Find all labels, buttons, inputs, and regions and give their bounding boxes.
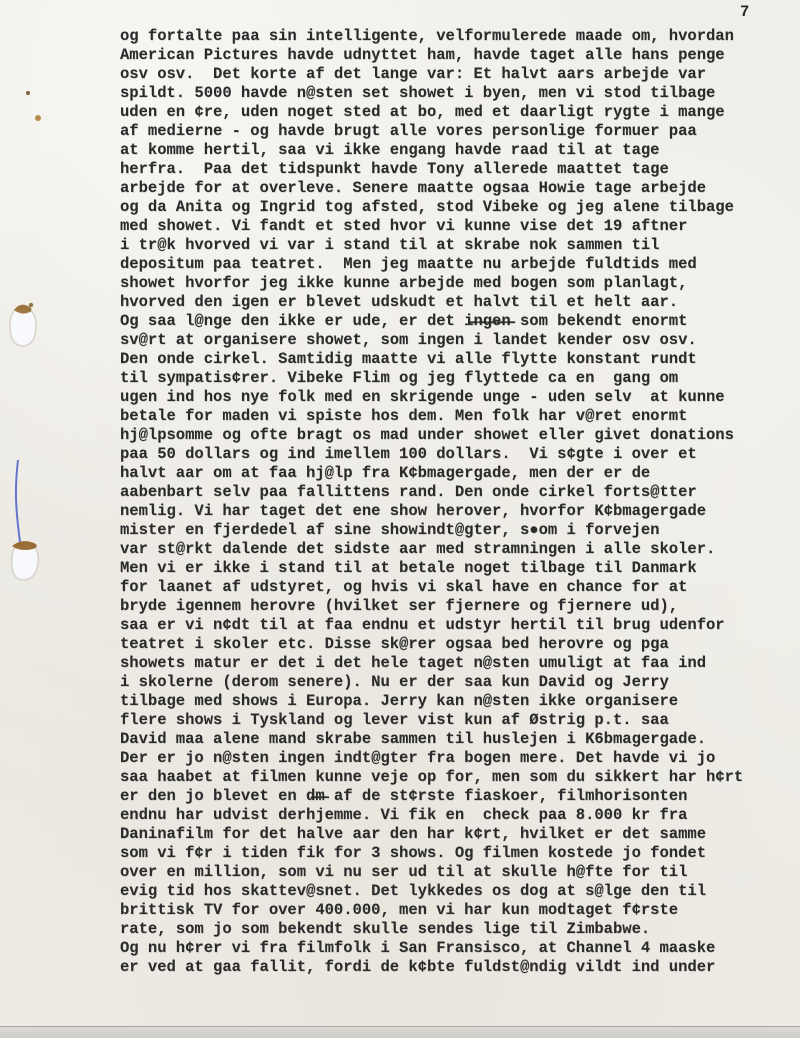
text-body: og fortalte paa sin intelligente, velfor… [120,27,760,977]
text-line: depositum paa teatret. Men jeg maatte nu… [120,255,760,274]
text-line: er den jo blevet en d̶m̶ af de st¢rste f… [120,787,760,806]
text-line: aabenbart selv paa fallittens rand. Den … [120,483,760,502]
text-line: spildt. 5000 havde n@sten set showet i b… [120,84,760,103]
margin-artifacts [0,0,110,1038]
text-line: mister en fjerdedel af sine showindt@gte… [120,521,760,540]
stain-dot [26,91,30,95]
text-line: bryde igennem herovre (hvilket ser fjern… [120,597,760,616]
text-line: betale for maden vi spiste hos dem. Men … [120,407,760,426]
text-line: med showet. Vi fandt et sted hvor vi kun… [120,217,760,236]
text-line: flere shows i Tyskland og lever vist kun… [120,711,760,730]
stain-dot [35,115,41,121]
text-line: Men vi er ikke i stand til at betale nog… [120,559,760,578]
text-line: i skolerne (derom senere). Nu er der saa… [120,673,760,692]
text-line: teatret i skoler etc. Disse sk@rer ogsaa… [120,635,760,654]
text-line: og da Anita og Ingrid tog afsted, stod V… [120,198,760,217]
text-line: som vi f¢r i tiden fik for 3 shows. Og f… [120,844,760,863]
text-line: ugen ind hos nye folk med en skrigende u… [120,388,760,407]
text-line: sv@rt at organisere showet, som ingen i … [120,331,760,350]
text-line: nemlig. Vi har taget det ene show herove… [120,502,760,521]
text-line: herfra. Paa det tidspunkt havde Tony all… [120,160,760,179]
text-line: endnu har udvist derhjemme. Vi fik en ch… [120,806,760,825]
text-line: hvorved den igen er blevet udskudt et ha… [120,293,760,312]
text-line: arbejde for at overleve. Senere maatte o… [120,179,760,198]
text-line: osv osv. Det korte af det lange var: Et … [120,65,760,84]
text-line: showet hvorfor jeg ikke kunne arbejde me… [120,274,760,293]
text-line: hj@lpsomme og ofte bragt os mad under sh… [120,426,760,445]
text-line: uden en ¢re, uden noget sted at bo, med … [120,103,760,122]
text-line: showets matur er det i det hele taget n@… [120,654,760,673]
page-number: 7 [740,3,749,21]
text-line: for laanet af udstyret, og hvis vi skal … [120,578,760,597]
punch-hole [10,303,36,346]
document-page: 7 og fortalte paa sin intelligente, velf… [0,0,800,1038]
text-line: tilbage med shows i Europa. Jerry kan n@… [120,692,760,711]
text-line: brittisk TV for over 400.000, men vi har… [120,901,760,920]
text-line: American Pictures havde udnyttet ham, ha… [120,46,760,65]
text-line: saa er vi n¢dt til at faa endnu et udsty… [120,616,760,635]
text-line: David maa alene mand skrabe sammen til h… [120,730,760,749]
text-line: over en million, som vi nu ser ud til at… [120,863,760,882]
text-line: var st@rkt dalende det sidste aar med st… [120,540,760,559]
pen-mark [16,460,20,542]
text-line: i tr@k hvorved vi var i stand til at skr… [120,236,760,255]
text-line: Daninafilm for det halve aar den har k¢r… [120,825,760,844]
text-line: er ved at gaa fallit, fordi de k¢bte ful… [120,958,760,977]
text-line: og fortalte paa sin intelligente, velfor… [120,27,760,46]
text-line: at komme hertil, saa vi ikke engang havd… [120,141,760,160]
text-line: halvt aar om at faa hj@lp fra K¢bmagerga… [120,464,760,483]
text-line: Den onde cirkel. Samtidig maatte vi alle… [120,350,760,369]
text-line: saa haabet at filmen kunne veje op for, … [120,768,760,787]
text-line: Og saa l@nge den ikke er ude, er det i̶n… [120,312,760,331]
text-line: Der er jo n@sten ingen indt@gter fra bog… [120,749,760,768]
text-line: af medierne - og havde brugt alle vores … [120,122,760,141]
text-line: Og nu h¢rer vi fra filmfolk i San Fransi… [120,939,760,958]
punch-hole [12,541,39,580]
text-line: rate, som jo som bekendt skulle sendes l… [120,920,760,939]
text-line: paa 50 dollars og ind imellem 100 dollar… [120,445,760,464]
text-line: til sympatis¢rer. Vibeke Flim og jeg fly… [120,369,760,388]
text-line: evig tid hos skattev@snet. Det lykkedes … [120,882,760,901]
page-bottom-edge [0,1026,800,1038]
